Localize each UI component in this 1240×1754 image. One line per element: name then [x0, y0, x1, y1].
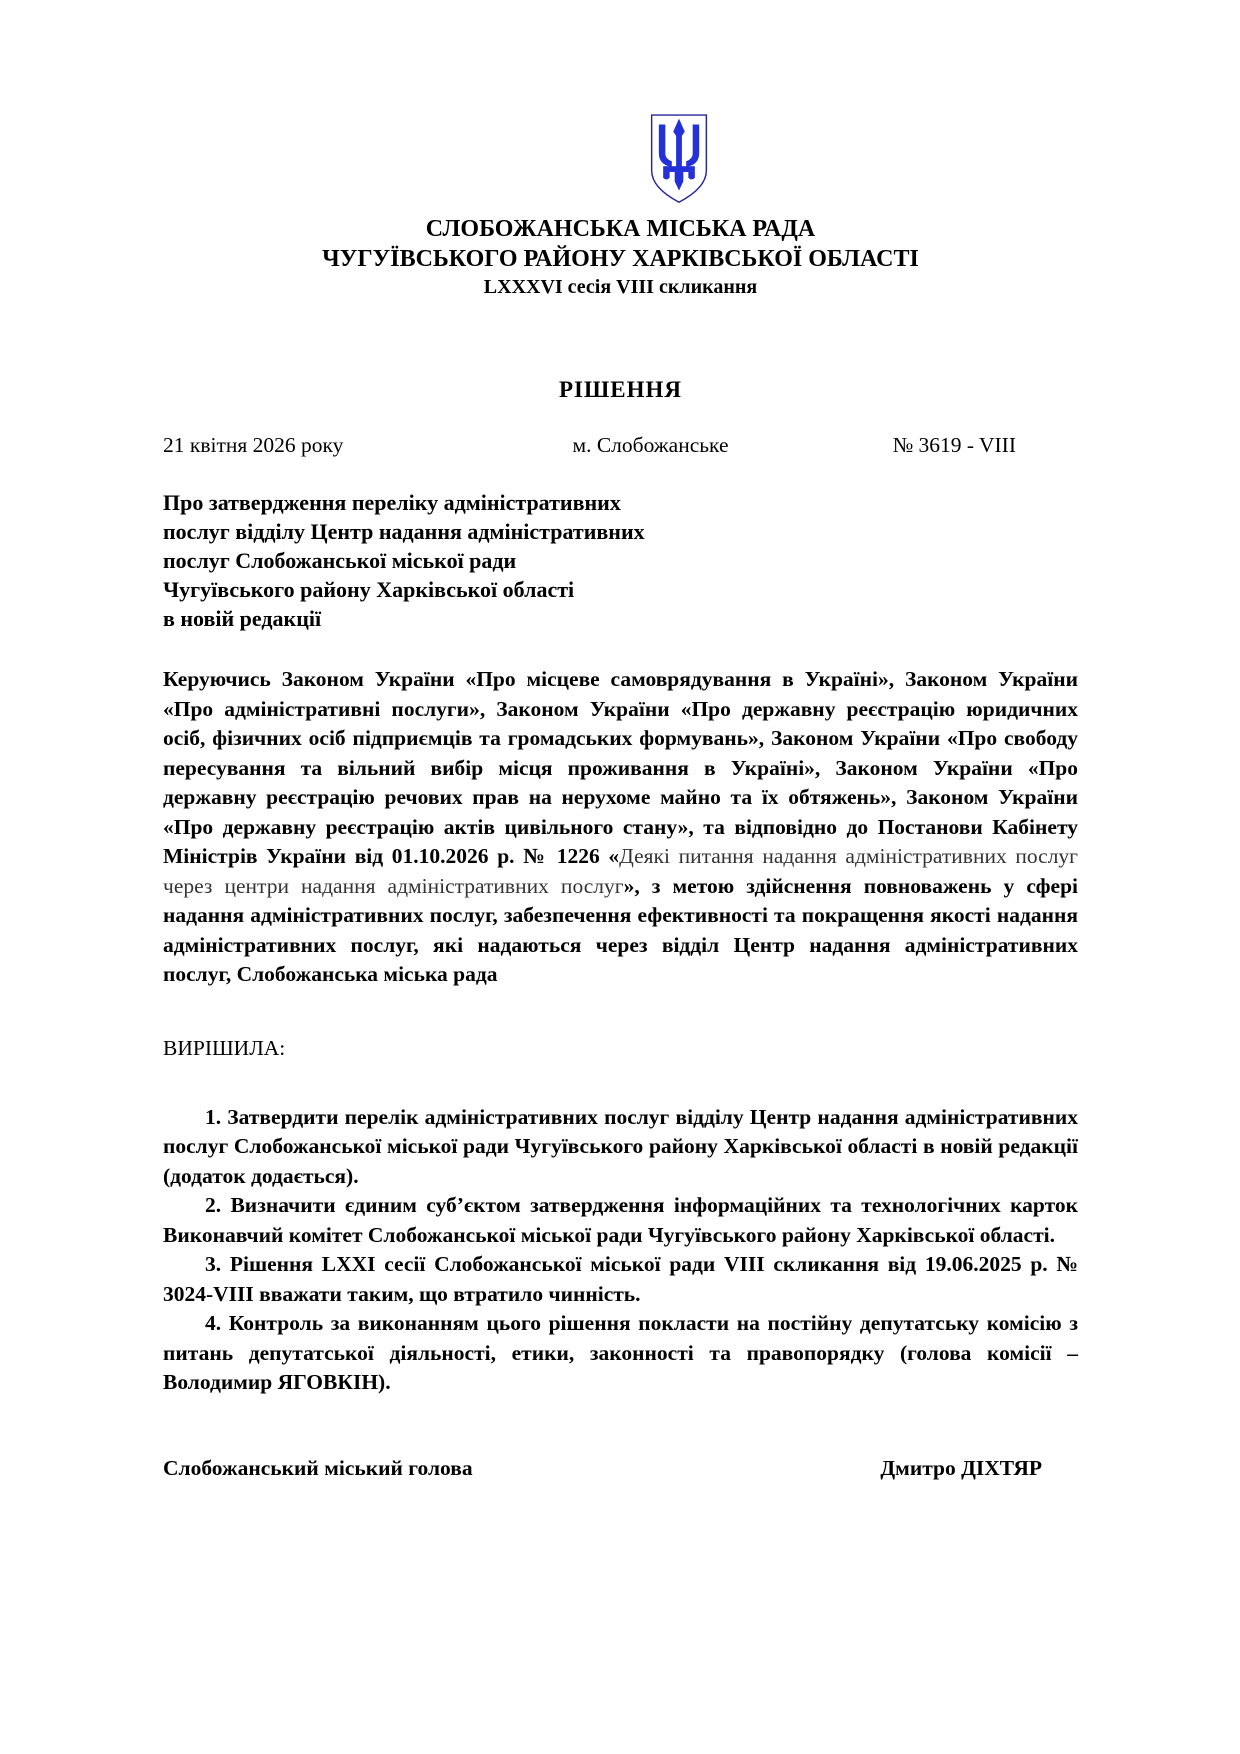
org-name-line1: СЛОБОЖАНСЬКА МІСЬКА РАДА: [163, 214, 1078, 244]
ukraine-trident-emblem-icon: [643, 112, 715, 206]
item-1: 1. Затвердити перелік адміністративних п…: [163, 1103, 1078, 1192]
document-date: 21 квітня 2026 року: [163, 433, 483, 458]
subject-line: послуг Слобожанської міської ради: [163, 546, 763, 575]
signature-position: Слобожанський міський голова: [163, 1456, 473, 1481]
session-line: LXXXVI сесія VIII скликання: [163, 274, 1078, 301]
item-2: 2. Визначити єдиним суб’єктом затверджен…: [163, 1191, 1078, 1250]
meta-row: 21 квітня 2026 року м. Слобожанське № 36…: [163, 433, 1078, 458]
item-3: 3. Рішення LXXI сесії Слобожанської місь…: [163, 1250, 1078, 1309]
resolved-heading: ВИРІШИЛА:: [163, 1034, 1078, 1063]
preamble-paragraph: Керуючись Законом України «Про місцеве с…: [163, 665, 1078, 990]
subject-line: Чугуївського району Харківської області: [163, 575, 763, 604]
decision-document-page: СЛОБОЖАНСЬКА МІСЬКА РАДА ЧУГУЇВСЬКОГО РА…: [0, 0, 1240, 1754]
org-name-line2: ЧУГУЇВСЬКОГО РАЙОНУ ХАРКІВСЬКОЇ ОБЛАСТІ: [163, 244, 1078, 274]
signature-name: Дмитро ДІХТЯР: [880, 1456, 1078, 1481]
item-4: 4. Контроль за виконанням цього рішення …: [163, 1309, 1078, 1398]
operative-items: 1. Затвердити перелік адміністративних п…: [163, 1103, 1078, 1398]
subject-block: Про затвердження переліку адміністративн…: [163, 488, 763, 633]
subject-line: в новій редакції: [163, 604, 763, 633]
preamble-before-quote: Керуючись Законом України «Про місцеве с…: [163, 667, 1078, 868]
document-place: м. Слобожанське: [483, 433, 818, 458]
subject-line: Про затвердження переліку адміністративн…: [163, 488, 763, 517]
signature-row: Слобожанський міський голова Дмитро ДІХТ…: [163, 1456, 1078, 1481]
document-number: № 3619 - VIII: [818, 433, 1078, 458]
document-title: РІШЕННЯ: [163, 377, 1078, 403]
subject-line: послуг відділу Центр надання адміністрат…: [163, 517, 763, 546]
